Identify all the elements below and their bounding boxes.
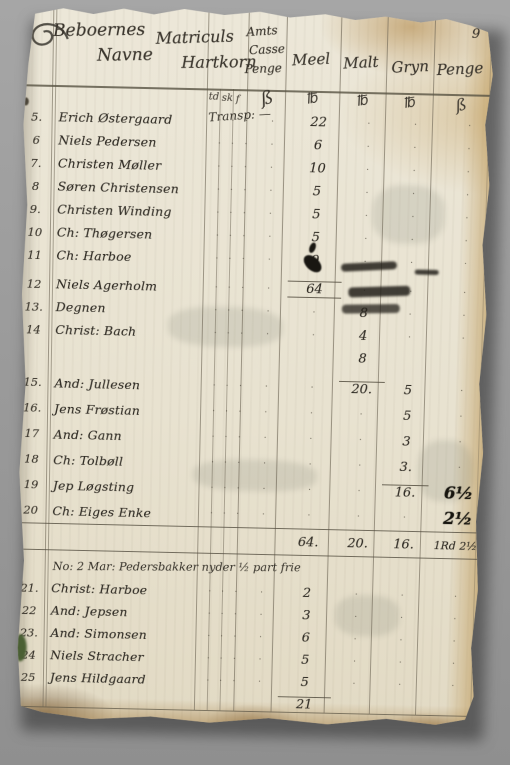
casse-penge-cell: · (249, 306, 287, 317)
malt-cell: · (344, 188, 390, 199)
note-text: No: 2 Mar: Pedersbakker nyder ½ part fri… (45, 559, 301, 574)
row-number: 23. (14, 625, 44, 639)
hartkorn-sk-cell: · (223, 283, 236, 293)
malt-cell: · (332, 656, 378, 667)
row-number: 14 (18, 322, 48, 337)
malt-cell (331, 705, 376, 706)
hartkorn-sk-cell: · (224, 231, 237, 241)
casse-penge-cell: · (248, 329, 286, 340)
row-number: 13. (19, 299, 49, 314)
penge-cell: · (425, 591, 485, 602)
note-no-cell (15, 563, 45, 564)
meel-cell: 6 (279, 630, 333, 646)
hartkorn-td-cell: · (211, 230, 224, 240)
row-number: 16. (17, 400, 47, 414)
hartkorn-sk-cell: · (218, 509, 231, 519)
paper-speck (15, 578, 23, 589)
casse-penge-cell: · (244, 510, 282, 521)
hartkorn-f-cell: · (231, 509, 245, 519)
gryn-cell: · (376, 680, 423, 691)
casse-penge-cell: · (247, 382, 285, 393)
resident-name: Erich Østergaard (52, 109, 214, 128)
gryn-cell: · (379, 590, 426, 601)
corner-mark: 9 (472, 27, 481, 42)
hartkorn-sk-cell: · (225, 162, 238, 172)
gryn-cell: · (390, 166, 437, 177)
meel-cell: 21 (277, 696, 330, 713)
malt-cell: · (332, 634, 378, 645)
header-amts: Amts (246, 23, 278, 39)
hartkorn-td-cell: · (212, 185, 225, 195)
hartkorn-sk-cell: · (226, 139, 239, 149)
gryn-cell: 3 (383, 434, 430, 450)
header-penge: Penge (436, 59, 483, 79)
resident-name: And: Simonsen (44, 625, 203, 643)
hartkorn-td-cell: · (211, 208, 224, 218)
hartkorn-sk-cell: · (216, 587, 229, 597)
row-number: 22 (14, 603, 44, 617)
malt-cell: · (337, 435, 383, 446)
row-number: 10 (20, 224, 50, 239)
unit-sk: sk (222, 93, 233, 104)
row-number: 21. (15, 580, 45, 594)
malt-cell: · (338, 410, 384, 421)
hartkorn-td-cell: · (203, 586, 216, 596)
resident-name (43, 699, 201, 703)
meel-cell: 10 (290, 161, 344, 177)
malt-cell: · (337, 461, 383, 472)
gryn-cell: · (378, 635, 425, 646)
casse-penge-cell: · (253, 116, 291, 127)
hartkorn-td-cell: · (213, 115, 226, 125)
casse-penge-cell: · (250, 254, 288, 265)
header-navne: Navne (97, 45, 153, 66)
hartkorn-sk-cell: · (226, 116, 239, 126)
row-number: 6 (21, 132, 51, 147)
malt-cell: 20. (339, 381, 385, 398)
row-number: 7. (21, 155, 51, 170)
resident-name: Christen Winding (50, 201, 211, 220)
meel-cell: · (285, 383, 339, 394)
hartkorn-sk-cell: · (215, 631, 228, 641)
malt-cell: 8 (339, 351, 385, 367)
hartkorn-td-cell: · (207, 407, 220, 417)
malt-cell: 4 (340, 328, 386, 344)
paper-speck (23, 97, 29, 105)
casse-penge-cell: · (250, 283, 288, 294)
hartkorn-sk-cell: · (222, 328, 235, 338)
malt-cell: · (331, 679, 377, 690)
casse-penge-cell (248, 357, 286, 358)
header-beboernes: Beboernes (53, 20, 146, 41)
meel-cell: · (283, 459, 337, 470)
hartkorn-sk-cell: · (219, 458, 232, 468)
gryn-cell: 5 (384, 408, 431, 424)
hartkorn-td-cell: · (205, 483, 218, 493)
hartkorn-f-cell: · (232, 433, 246, 443)
resident-name: Ch: Tolbøll (46, 452, 206, 470)
gryn-cell: · (389, 235, 436, 246)
hartkorn-td-cell: · (202, 631, 215, 641)
header-malt: Malt (343, 53, 379, 73)
hartkorn-f-cell: · (236, 283, 250, 293)
casse-penge-cell: · (242, 632, 280, 643)
gryn-cell: · (392, 119, 439, 130)
row-number: 12 (19, 276, 49, 291)
row-number: 25 (13, 669, 43, 683)
casse-penge-cell: · (251, 208, 289, 219)
hartkorn-f-cell: · (237, 208, 251, 218)
resident-name: Søren Christensen (50, 178, 211, 197)
hartkorn-td-cell: · (206, 432, 219, 442)
gryn-cell (376, 706, 422, 707)
hartkorn-f-cell: · (235, 329, 249, 339)
hartkorn-f-cell: · (239, 116, 253, 126)
totals-casse-cell (244, 541, 282, 542)
hartkorn-sk-cell: · (216, 609, 229, 619)
malt-cell: · (333, 589, 379, 600)
meel-cell: · (283, 485, 337, 496)
resident-name: Christ: Bach (48, 322, 209, 340)
header-casse: Casse (249, 41, 286, 57)
gryn-cell: 5 (384, 382, 431, 398)
gryn-cell: 3. (382, 459, 429, 475)
header-matriculs: Matriculs (155, 26, 234, 48)
unit-gryn-pound: ℔ (403, 94, 417, 112)
casse-penge-cell (240, 703, 277, 704)
gryn-cell: · (390, 189, 437, 200)
hartkorn-sk-cell: · (222, 305, 235, 315)
hartkorn-f-cell: · (228, 609, 242, 619)
meel-cell: 2 (280, 586, 334, 602)
unit-f: f (236, 94, 240, 105)
malt-cell: · (344, 164, 390, 175)
header-meel: Meel (292, 49, 331, 69)
hartkorn-td-cell: · (203, 609, 216, 619)
hartkorn-td-cell: · (202, 653, 215, 663)
hartkorn-sk-cell: · (223, 254, 236, 264)
hartkorn-sk-cell: · (218, 484, 231, 494)
malt-cell: · (346, 118, 392, 129)
hartkorn-td-cell: · (208, 381, 221, 391)
gryn-cell: · (389, 212, 436, 223)
meel-cell: · (287, 307, 341, 318)
header-casse-penge: Penge (244, 61, 282, 76)
meel-cell: · (284, 408, 338, 419)
hartkorn-f-cell: · (233, 407, 247, 417)
casse-penge-cell: · (246, 459, 284, 470)
hartkorn-sk-cell: · (220, 407, 233, 417)
malt-cell: · (333, 612, 379, 623)
resident-name: Jens Frøstian (47, 401, 207, 419)
resident-name: Ch: Harboe (49, 247, 210, 266)
gryn-cell: · (391, 142, 438, 153)
hartkorn-td-cell: · (201, 676, 214, 686)
ledger-page-wrapper: Beboernes Navne Matriculs Hartkorn Amts … (13, 3, 497, 729)
resident-name: Jens Hildgaard (43, 670, 202, 688)
gryn-cell: · (381, 513, 428, 524)
gryn-cell: 16. (382, 484, 429, 501)
casse-penge-cell: · (245, 484, 283, 495)
meel-cell: 5 (290, 184, 344, 200)
hartkorn-td-cell: · (210, 282, 223, 292)
row-number: 11 (19, 247, 49, 262)
hartkorn-f-cell: · (237, 231, 251, 241)
resident-name: Christen Møller (51, 155, 213, 174)
casse-penge-cell: · (241, 654, 279, 665)
hartkorn-f-cell: · (235, 306, 249, 316)
meel-cell (286, 357, 340, 358)
resident-name: Jep Løgsting (46, 477, 206, 495)
row-number: 19 (16, 477, 46, 491)
hartkorn-f-cell: · (238, 162, 252, 172)
casse-penge-cell: · (252, 185, 290, 196)
row-number: 15. (18, 375, 48, 389)
meel-cell: · (282, 510, 336, 521)
meel-cell: · (284, 434, 338, 445)
hartkorn-sk-cell: · (224, 208, 237, 218)
hartkorn-f-cell: · (228, 632, 242, 642)
hartkorn-td-cell: · (209, 305, 222, 315)
resident-name: And: Jullesen (47, 375, 207, 393)
malt-cell: · (336, 486, 382, 497)
ledger-paper: Beboernes Navne Matriculs Hartkorn Amts … (13, 3, 497, 729)
hartkorn-td-cell: · (209, 328, 222, 338)
ink-smudge (348, 286, 410, 298)
meel-cell: 64 (287, 281, 341, 299)
unit-meel-pound: ℔ (306, 90, 320, 108)
resident-name: Ch: Eiges Enke (45, 503, 205, 521)
totals-gryn: 16. (380, 537, 427, 553)
unit-malt-pound: ℔ (356, 92, 370, 110)
meel-cell: 6 (291, 138, 346, 154)
casse-penge-cell: · (253, 139, 291, 150)
resident-name: Degnen (49, 299, 210, 318)
row-number: 8 (20, 178, 50, 193)
penge-cell: · (430, 437, 491, 448)
casse-penge-cell: · (252, 162, 290, 173)
casse-penge-cell: · (251, 231, 289, 242)
hartkorn-f-cell: · (233, 382, 247, 392)
hartkorn-f-cell: · (229, 587, 243, 597)
hartkorn-f-cell: · (227, 654, 241, 664)
hartkorn-sk-cell: · (225, 185, 238, 195)
gryn-cell (385, 360, 432, 361)
hartkorn-sk-cell: · (220, 381, 233, 391)
ledger-body: 5. Erich Østergaard · · · · 22 · · · 6 N… (13, 104, 494, 719)
hartkorn-f-cell: · (239, 139, 253, 149)
hartkorn-td-cell: · (205, 509, 218, 519)
hartkorn-f-cell: · (238, 185, 252, 195)
hartkorn-f-cell: · (227, 676, 241, 686)
ink-smudge (342, 304, 400, 314)
row-number: 17 (17, 426, 47, 440)
malt-cell: · (343, 233, 389, 244)
penge-cell: · (429, 463, 490, 474)
resident-name: Christ: Harboe (44, 580, 203, 598)
meel-cell: 5 (289, 207, 343, 223)
resident-name: Ch: Thøgersen (50, 224, 211, 243)
casse-penge-cell: · (246, 433, 284, 444)
resident-name (48, 352, 208, 356)
meel-cell: · (286, 330, 340, 341)
resident-name: Niels Pedersen (51, 132, 213, 151)
hartkorn-sk-cell: · (215, 654, 228, 664)
casse-penge-cell: · (247, 407, 285, 418)
malt-cell: · (343, 211, 389, 222)
casse-penge-cell: · (242, 610, 280, 621)
row-number: 18 (16, 452, 46, 466)
hartkorn-f-cell: · (236, 254, 250, 264)
hartkorn-sk-cell: · (214, 676, 227, 686)
malt-cell: · (345, 141, 391, 152)
hartkorn-f-cell: · (232, 458, 246, 468)
meel-cell: 3 (280, 608, 334, 624)
row-number (18, 351, 48, 352)
rows-section-bottom: 21. Christ: Harboe · · · · 2 · · · 22 An… (13, 576, 479, 719)
meel-cell: 22 (291, 115, 346, 131)
row-number: 9. (20, 201, 50, 216)
gryn-cell: · (377, 657, 424, 668)
meel-cell: 5 (278, 675, 331, 691)
hartkorn-sk-cell: · (219, 432, 232, 442)
unit-td: td (209, 91, 220, 102)
hartkorn-td-cell: · (213, 138, 226, 148)
row-number: 5. (21, 109, 51, 124)
resident-name: Niels Stracher (43, 647, 202, 665)
meel-cell: 5 (278, 653, 332, 669)
hartkorn-td-cell: · (212, 161, 225, 171)
unit-penge-skilling: ß (454, 94, 468, 115)
row-number (13, 698, 43, 699)
totals-meel: 64. (281, 534, 335, 550)
malt-cell: · (335, 512, 381, 523)
casse-penge-cell: · (241, 676, 279, 687)
header-gryn: Gryn (391, 57, 429, 77)
resident-name: Niels Agerholm (49, 276, 210, 295)
totals-malt: 20. (335, 536, 381, 552)
hartkorn-f-cell: · (231, 484, 245, 494)
ink-smudge (415, 270, 439, 276)
hartkorn-td-cell: · (206, 458, 219, 468)
totals-name-cell (45, 536, 204, 540)
resident-name: And: Jepsen (44, 603, 203, 621)
row-number: 20 (16, 503, 46, 517)
totals-no-cell (15, 536, 45, 537)
gryn-cell: · (386, 332, 433, 343)
hartkorn-td-cell: · (210, 253, 223, 263)
casse-penge-cell: · (243, 587, 281, 598)
resident-name: And: Gann (47, 426, 207, 444)
penge-cell: · (433, 310, 494, 321)
rows-section-top: 5. Erich Østergaard · · · · 22 · · · 6 N… (16, 104, 494, 532)
gryn-cell: · (378, 613, 425, 624)
